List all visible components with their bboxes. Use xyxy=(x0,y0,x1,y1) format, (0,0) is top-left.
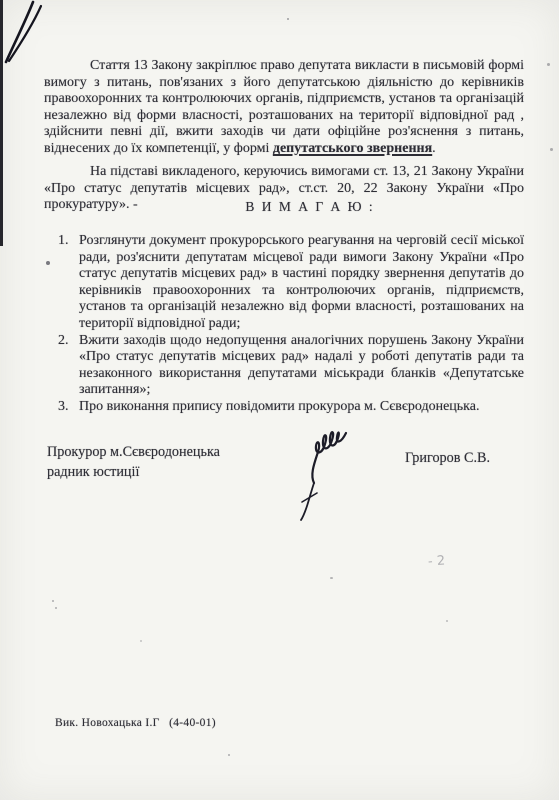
demand-item: 2. Вжити заходів щодо недопущення аналог… xyxy=(58,333,524,399)
demand-heading: В И М А Г А Ю : xyxy=(70,199,550,215)
bold-underlined-phrase: депутатського звернення xyxy=(273,141,432,156)
demands-list: 1. Розглянути документ прокурорського ре… xyxy=(58,233,524,416)
demand-text: Про виконання припису повідомити прокуро… xyxy=(79,399,524,416)
scan-speck xyxy=(140,640,142,642)
faint-page-mark: - 2 xyxy=(427,553,445,569)
pen-mark xyxy=(0,0,50,70)
demand-item: 1. Розглянути документ прокурорського ре… xyxy=(58,233,524,333)
scan-speck xyxy=(46,261,50,265)
scan-speck xyxy=(287,18,289,20)
scan-speck xyxy=(550,148,553,151)
signature-title-line2: радник юстиції xyxy=(47,462,220,482)
scanned-document-page: Стаття 13 Закону закріплює право депутат… xyxy=(0,0,559,800)
demand-text: Розглянути документ прокурорського реагу… xyxy=(79,233,524,333)
demand-number: 3. xyxy=(58,399,79,416)
demand-number: 1. xyxy=(58,233,79,250)
scan-speck xyxy=(330,577,333,579)
signature-title: Прокурор м.Сєвєродонецька радник юстиції xyxy=(47,442,220,482)
executor-note: Вик. Новохацька І.Г (4-40-01) xyxy=(55,717,216,729)
paragraph-article13-tail: . xyxy=(432,141,436,156)
scan-speck xyxy=(547,63,550,66)
signature-title-line1: Прокурор м.Сєвєродонецька xyxy=(47,442,220,462)
signatory-name: Григоров С.В. xyxy=(405,450,490,467)
scan-speck xyxy=(446,620,448,622)
scan-speck xyxy=(55,607,57,609)
demand-text: Вжити заходів щодо недопущення аналогічн… xyxy=(79,333,524,399)
scan-speck xyxy=(228,754,230,756)
scan-speck xyxy=(52,600,54,602)
demand-number: 2. xyxy=(58,333,79,350)
paragraph-article13: Стаття 13 Закону закріплює право депутат… xyxy=(44,58,524,158)
signature-scribble xyxy=(288,428,358,523)
demand-item: 3. Про виконання припису повідомити прок… xyxy=(58,399,524,416)
